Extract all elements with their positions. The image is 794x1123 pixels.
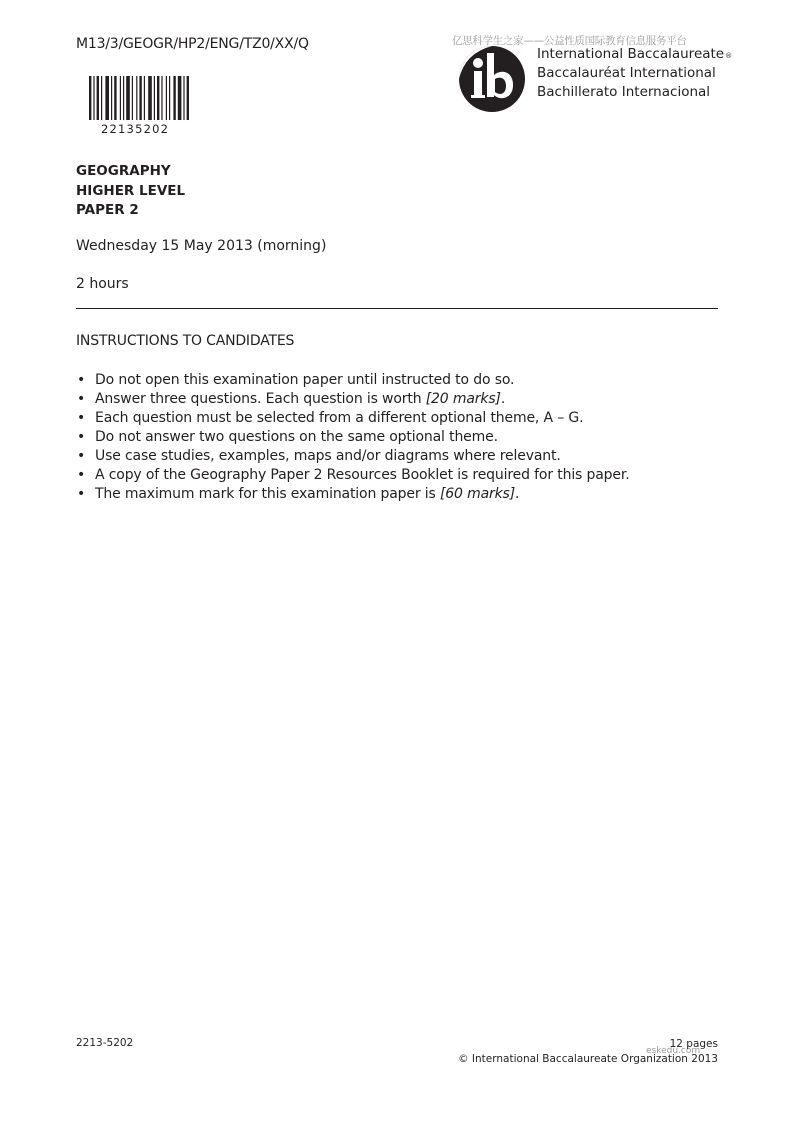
bullet-icon: •	[77, 485, 85, 504]
org-name-es: Bachillerato Internacional	[537, 83, 732, 102]
bullet-icon: •	[77, 447, 85, 466]
marks-emphasis: [20 marks]	[426, 391, 501, 407]
instruction-text: Do not open this examination paper until…	[95, 372, 514, 388]
organization-names: International Baccalaureate® Baccalauréa…	[537, 45, 732, 102]
page-count: 12 pages	[458, 1037, 718, 1052]
copyright: © International Baccalaureate Organizati…	[458, 1052, 718, 1067]
org-name-fr: Baccalauréat International	[537, 64, 732, 83]
instruction-item: •Do not open this examination paper unti…	[76, 371, 630, 390]
instructions-list: •Do not open this examination paper unti…	[76, 371, 630, 504]
instruction-text: Do not answer two questions on the same …	[95, 429, 498, 445]
instruction-text: Answer three questions. Each question is…	[95, 391, 426, 407]
paper: PAPER 2	[76, 201, 185, 221]
divider	[76, 308, 718, 309]
document-number: 2213-5202	[76, 1037, 133, 1049]
instruction-tail: .	[501, 391, 505, 407]
barcode-number: 22135202	[101, 122, 169, 136]
footer-info: 12 pages © International Baccalaureate O…	[458, 1037, 718, 1067]
instruction-item: •Use case studies, examples, maps and/or…	[76, 447, 630, 466]
instruction-item: •Do not answer two questions on the same…	[76, 428, 630, 447]
instruction-item: •The maximum mark for this examination p…	[76, 485, 630, 504]
barcode-icon	[89, 76, 211, 120]
exam-title: GEOGRAPHY HIGHER LEVEL PAPER 2	[76, 162, 185, 221]
instruction-text: Each question must be selected from a di…	[95, 410, 583, 426]
instruction-item: •A copy of the Geography Paper 2 Resourc…	[76, 466, 630, 485]
registered-mark: ®	[725, 52, 732, 60]
exam-duration: 2 hours	[76, 276, 129, 292]
bullet-icon: •	[77, 409, 85, 428]
bullet-icon: •	[77, 371, 85, 390]
subject: GEOGRAPHY	[76, 162, 185, 182]
paper-code: M13/3/GEOGR/HP2/ENG/TZ0/XX/Q	[76, 36, 309, 52]
instructions-heading: INSTRUCTIONS TO CANDIDATES	[76, 333, 294, 349]
exam-date: Wednesday 15 May 2013 (morning)	[76, 238, 326, 254]
level: HIGHER LEVEL	[76, 182, 185, 202]
instruction-item: •Each question must be selected from a d…	[76, 409, 630, 428]
org-name-en: International Baccalaureate	[537, 46, 724, 62]
instruction-text: A copy of the Geography Paper 2 Resource…	[95, 467, 630, 483]
bullet-icon: •	[77, 466, 85, 485]
instruction-text: Use case studies, examples, maps and/or …	[95, 448, 561, 464]
ib-logo-icon	[455, 43, 530, 113]
marks-emphasis: [60 marks]	[440, 486, 515, 502]
bullet-icon: •	[77, 390, 85, 409]
instruction-item: •Answer three questions. Each question i…	[76, 390, 630, 409]
bullet-icon: •	[77, 428, 85, 447]
instruction-text: The maximum mark for this examination pa…	[95, 486, 440, 502]
instruction-tail: .	[515, 486, 519, 502]
